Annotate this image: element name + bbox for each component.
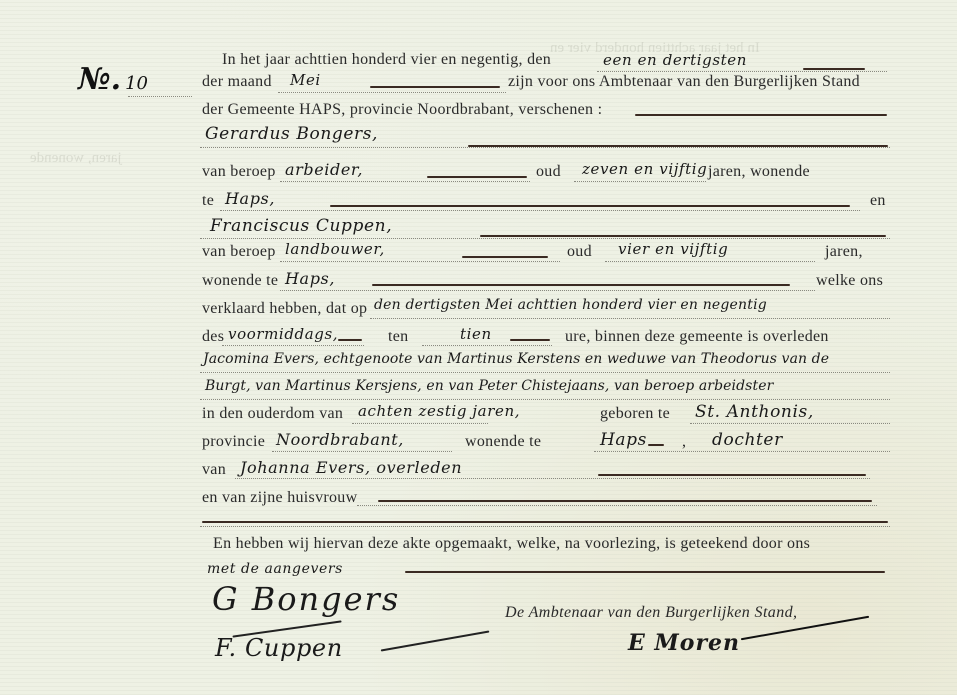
born-at-label: geboren te [600,405,670,423]
dotted-line [272,451,452,452]
age-at-death-handwritten: achten zestig jaren, [358,402,520,420]
years-label: jaren, [825,243,863,261]
age-label: oud [536,163,561,181]
years-residing-label: jaren, wonende [708,163,810,181]
dotted-line [597,71,887,72]
dotted-line [235,478,870,479]
dotted-line [574,181,706,182]
fill-rule [330,205,850,207]
death-date-handwritten: den dertigsten Mei achttien honderd vier… [374,297,767,313]
bleed-through-text: jaren, wonende [30,150,122,167]
province-handwritten: Noordbrabant, [276,430,404,449]
fill-rule [338,339,362,341]
fill-rule [635,114,887,116]
fill-rule [372,284,790,286]
occupation-label: van beroep [202,243,276,261]
hour-handwritten: tien [460,325,492,343]
official-caption: De Ambtenaar van den Burgerlijken Stand, [505,604,797,622]
fill-rule [462,256,548,258]
officer-text: zijn voor ons Ambtenaar van den Burgerli… [508,73,860,91]
dotted-line [222,345,364,346]
fill-rule [480,235,886,237]
declarant-2-name: Franciscus Cuppen, [210,216,392,236]
dotted-line [128,96,192,97]
record-number-value: 10 [125,73,148,94]
fill-rule [427,176,527,178]
occupation-label: van beroep [202,163,276,181]
deceased-description-2: Burgt, van Martinus Kersjens, en van Pet… [205,378,773,394]
residence-label: wonende te [202,272,278,290]
dotted-line [280,290,815,291]
dotted-line [200,399,890,400]
fill-rule [202,521,888,523]
fill-rule [803,68,865,70]
died-text: ure, binnen deze gemeente is overleden [565,328,829,346]
province-label: provincie [202,433,265,451]
declarant-1-occupation: arbeider, [285,160,363,179]
month-label: der maand [202,73,272,91]
dotted-line [200,526,890,527]
declared-text: verklaard hebben, dat op [202,300,367,318]
signature-official: E Moren [628,630,740,656]
declarant-2-residence: Haps, [285,269,335,288]
fill-rule [648,444,664,446]
dotted-line [280,261,560,262]
line-year-text: In het jaar achttien honderd vier en neg… [222,51,551,69]
dotted-line [278,92,506,93]
signers-handwritten: met de aangevers [207,561,343,577]
fill-rule [378,500,872,502]
municipality-text: der Gemeente HAPS, provincie Noordbraban… [202,101,602,119]
dotted-line [352,423,488,424]
fill-rule [510,339,550,341]
number-sign: №. [78,62,121,97]
closing-text: En hebben wij hiervan deze akte opgemaak… [213,535,810,553]
signature-flourish [381,630,490,651]
fill-rule [468,145,888,147]
time-of-day-handwritten: voormiddags, [228,325,338,343]
dotted-line [594,451,890,452]
signature-declarant-1: G Bongers [212,580,400,618]
of-label: van [202,461,226,479]
certificate-page: In het jaar achttien honderd vier en jar… [0,0,957,695]
record-number: №. 10 [78,62,148,97]
declarant-1-name: Gerardus Bongers, [205,124,378,144]
birthplace-handwritten: St. Anthonis, [695,402,814,422]
dotted-line [690,423,890,424]
dotted-line [280,181,530,182]
declarant-1-residence: Haps, [225,189,275,208]
signature-declarant-2: F. Cuppen [215,634,343,662]
time-of-day-label: des [202,328,224,346]
and-label: en [870,192,886,210]
spouse-label: en van zijne huisvrouw [202,489,357,507]
fill-rule [370,86,500,88]
dotted-line [370,318,890,319]
at-label: ten [388,328,408,346]
dotted-line [220,210,860,211]
dotted-line [422,345,552,346]
residing-at-label: wonende te [465,433,541,451]
dotted-line [357,505,877,506]
fill-rule [598,474,866,476]
declarant-1-age: zeven en vijftig [582,160,707,178]
deceased-description-1: Jacomina Evers, echtgenoote van Martinus… [203,351,829,367]
declarant-2-occupation: landbouwer, [285,240,385,258]
residence-prefix: te [202,192,214,210]
month-handwritten: Mei [290,71,321,89]
comma: , [682,433,686,451]
daughter-handwritten: dochter [712,430,783,450]
day-handwritten: een en dertigsten [603,51,747,69]
dotted-line [200,147,890,148]
deceased-residence: Haps [600,430,647,450]
dotted-line [605,261,815,262]
age-at-death-label: in den ouderdom van [202,405,343,423]
age-label: oud [567,243,592,261]
declarant-2-age: vier en vijftig [618,240,728,258]
dotted-line [200,372,890,373]
dotted-line [200,238,890,239]
fill-rule [405,571,885,573]
mother-name: Johanna Evers, overleden [240,458,462,477]
which-us-label: welke ons [816,272,883,290]
